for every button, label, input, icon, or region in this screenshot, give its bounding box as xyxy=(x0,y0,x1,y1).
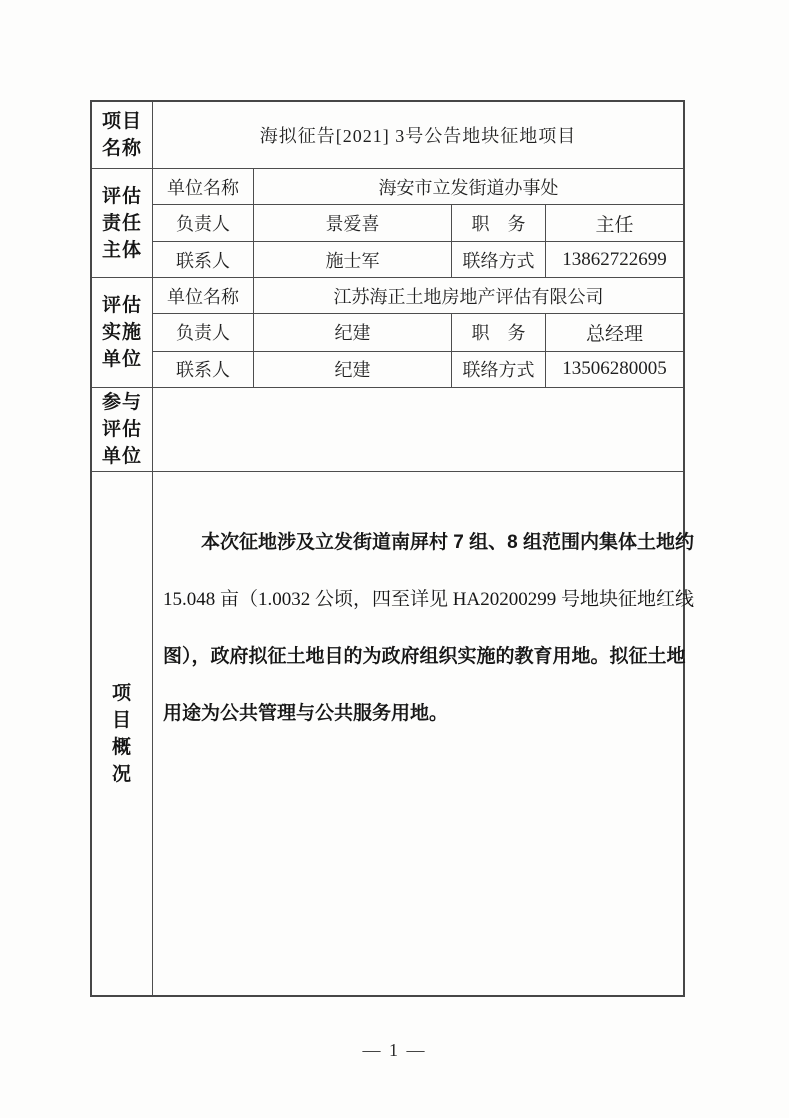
person-in-charge-value: 纪建 xyxy=(254,314,452,350)
contact-person-value: 施士军 xyxy=(254,242,452,277)
contact-person-row: 联系人 施士军 联络方式 13862722699 xyxy=(153,242,683,277)
person-in-charge-label: 负责人 xyxy=(153,314,254,350)
row-header-line: 名称 xyxy=(102,135,142,162)
row-header-project-name: 项目 名称 xyxy=(92,102,153,168)
row-header-line: 概 xyxy=(112,734,132,761)
person-in-charge-value: 景爱喜 xyxy=(254,205,452,241)
paragraph-line: 图），政府拟征土地目的为政府组织实施的教育用地。拟征土地 xyxy=(163,628,694,685)
row-header-line: 实施 xyxy=(102,319,142,346)
row-header-line: 评估 xyxy=(102,416,142,443)
land-acquisition-info-table: 项目 名称 海拟征告[2021] 3号公告地块征地项目 评估 责任 主体 单位名… xyxy=(90,100,685,997)
row-header-line: 评估 xyxy=(102,292,142,319)
unit-name-value: 海安市立发街道办事处 xyxy=(254,169,683,204)
person-in-charge-row: 负责人 景爱喜 职 务 主任 xyxy=(153,205,683,242)
row-header-line: 况 xyxy=(112,761,132,788)
section-assessment-implementation-unit: 评估 实施 单位 单位名称 江苏海正土地房地产评估有限公司 负责人 纪建 职 务… xyxy=(92,278,683,388)
row-header-line: 责任 xyxy=(102,210,142,237)
section-participating-units: 参与 评估 单位 xyxy=(92,388,683,472)
section-project-name: 项目 名称 海拟征告[2021] 3号公告地块征地项目 xyxy=(92,102,683,169)
contact-method-label: 联络方式 xyxy=(452,352,546,387)
unit-name-row: 单位名称 江苏海正土地房地产评估有限公司 xyxy=(153,278,683,314)
unit-name-value: 江苏海正土地房地产评估有限公司 xyxy=(254,278,683,313)
paragraph-line: 15.048 亩（1.0032 公顷，四至详见 HA20200299 号地块征地… xyxy=(163,571,694,628)
row-header-project-overview: 项 目 概 况 xyxy=(92,472,153,995)
contact-person-label: 联系人 xyxy=(153,352,254,387)
unit-name-label: 单位名称 xyxy=(153,169,254,204)
row-header-participating-units: 参与 评估 单位 xyxy=(92,388,153,471)
row-header-line: 评估 xyxy=(102,183,142,210)
contact-person-value: 纪建 xyxy=(254,352,452,387)
row-header-assessment-responsibility-entity: 评估 责任 主体 xyxy=(92,169,153,277)
row-header-line: 单位 xyxy=(102,346,142,373)
person-in-charge-row: 负责人 纪建 职 务 总经理 xyxy=(153,314,683,351)
contact-person-label: 联系人 xyxy=(153,242,254,277)
section-assessment-responsibility-entity: 评估 责任 主体 单位名称 海安市立发街道办事处 负责人 景爱喜 职 务 主任 … xyxy=(92,169,683,278)
project-overview-paragraph: 本次征地涉及立发街道南屏村 7 组、8 组范围内集体土地约 15.048 亩（1… xyxy=(153,472,698,995)
row-header-line: 主体 xyxy=(102,237,142,264)
post-value: 主任 xyxy=(546,205,683,241)
participating-units-value xyxy=(153,388,683,471)
post-label: 职 务 xyxy=(452,205,546,241)
paragraph-line: 用途为公共管理与公共服务用地。 xyxy=(163,685,694,742)
contact-method-value: 13862722699 xyxy=(546,242,683,277)
row-header-line: 目 xyxy=(112,707,132,734)
page-number: — 1 — xyxy=(0,1040,789,1061)
row-header-line: 项 xyxy=(112,680,132,707)
unit-name-row: 单位名称 海安市立发街道办事处 xyxy=(153,169,683,205)
post-value: 总经理 xyxy=(546,314,683,350)
contact-method-label: 联络方式 xyxy=(452,242,546,277)
post-label: 职 务 xyxy=(452,314,546,350)
scanned-document-page: { "page": { "number": "— 1 —" }, "table"… xyxy=(0,0,789,1118)
paragraph-line: 本次征地涉及立发街道南屏村 7 组、8 组范围内集体土地约 xyxy=(163,514,694,571)
contact-person-row: 联系人 纪建 联络方式 13506280005 xyxy=(153,352,683,387)
row-header-assessment-implementation-unit: 评估 实施 单位 xyxy=(92,278,153,387)
section-project-overview: 项 目 概 况 本次征地涉及立发街道南屏村 7 组、8 组范围内集体土地约 15… xyxy=(92,472,683,995)
row-header-line: 单位 xyxy=(102,443,142,470)
contact-method-value: 13506280005 xyxy=(546,352,683,387)
row-header-line: 参与 xyxy=(102,389,142,416)
unit-name-label: 单位名称 xyxy=(153,278,254,313)
project-name-value: 海拟征告[2021] 3号公告地块征地项目 xyxy=(153,102,683,168)
person-in-charge-label: 负责人 xyxy=(153,205,254,241)
row-header-line: 项目 xyxy=(102,108,142,135)
